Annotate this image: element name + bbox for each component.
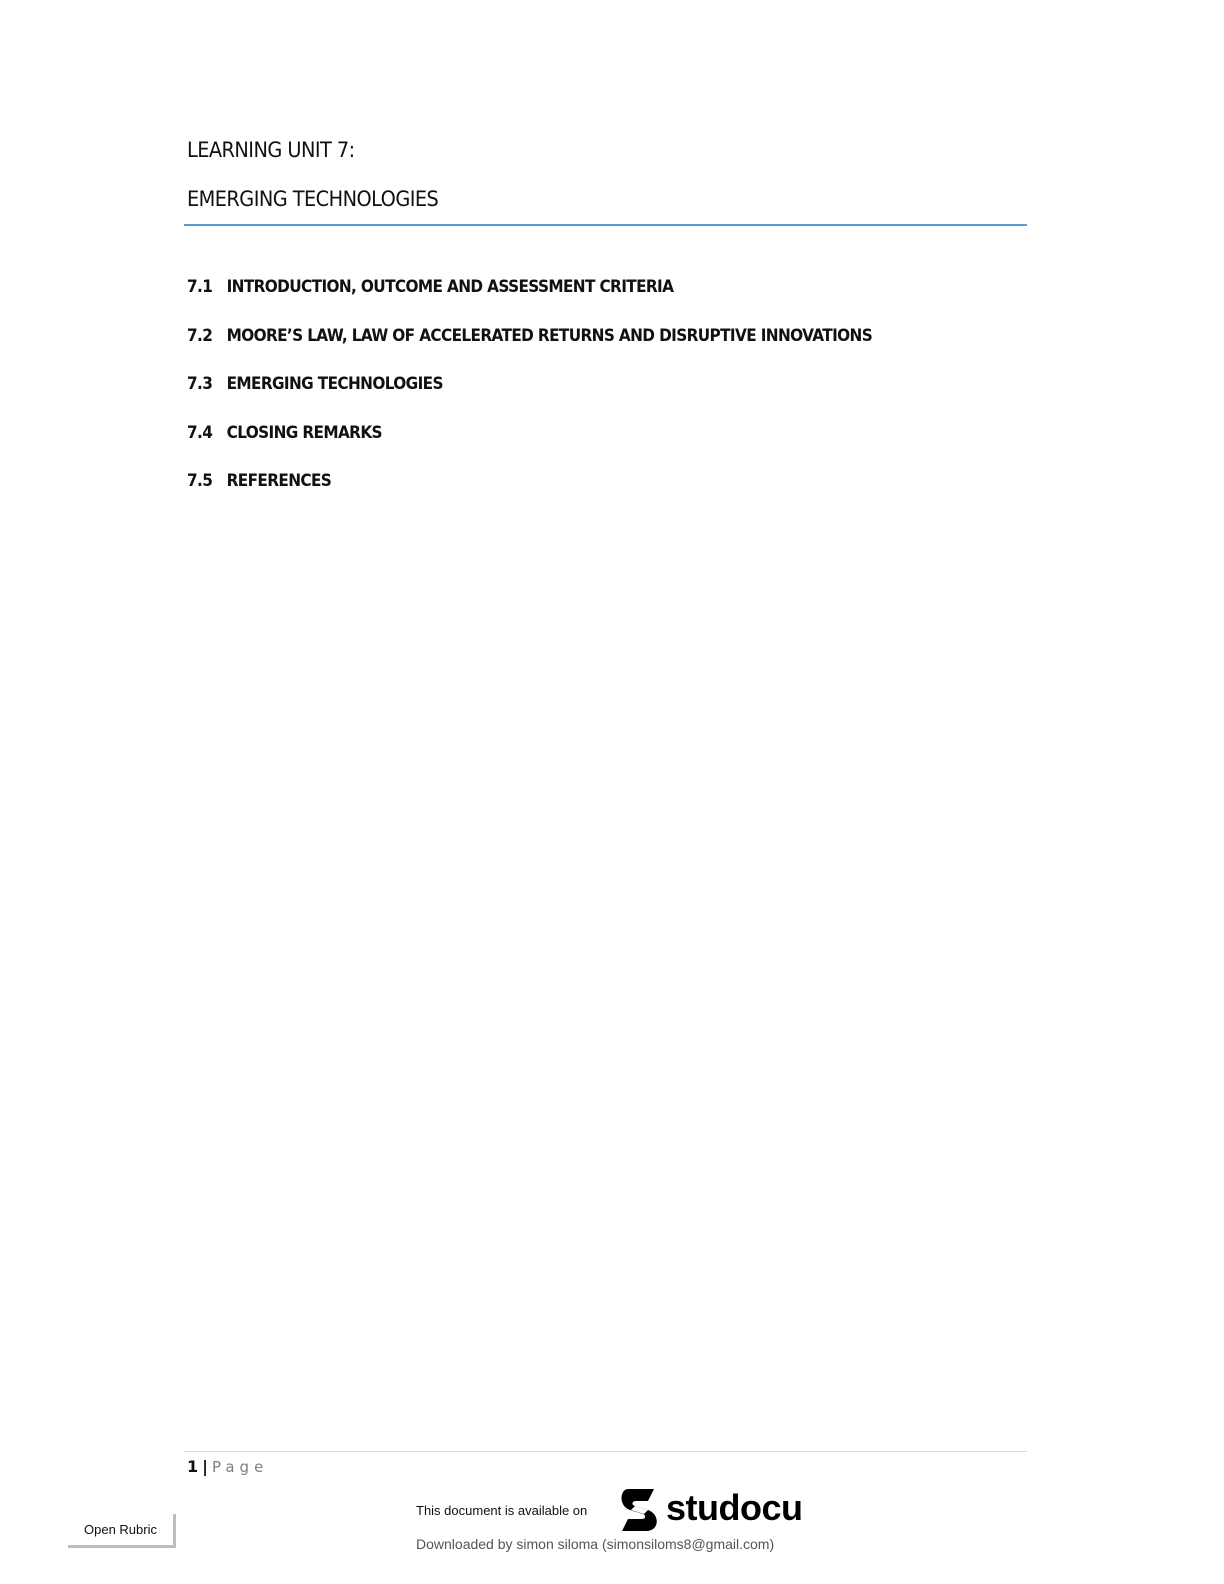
toc-item-number: 7.2	[187, 326, 227, 346]
toc-item-number: 7.4	[187, 423, 227, 443]
toc-item: 7.4 CLOSING REMARKS	[187, 423, 872, 472]
toc-item: 7.5 REFERENCES	[187, 471, 872, 520]
downloaded-by-text: Downloaded by simon siloma (simonsiloms8…	[416, 1536, 774, 1552]
toc-item: 7.1 INTRODUCTION, OUTCOME AND ASSESSMENT…	[187, 277, 872, 326]
page-separator: |	[202, 1457, 208, 1476]
available-on-text: This document is available on	[416, 1503, 587, 1518]
toc-item: 7.3 EMERGING TECHNOLOGIES	[187, 374, 872, 423]
toc-item-label: REFERENCES	[227, 471, 332, 491]
toc-item-label: MOORE’S LAW, LAW OF ACCELERATED RETURNS …	[227, 326, 873, 346]
open-rubric-button[interactable]: Open Rubric	[68, 1514, 176, 1548]
title-divider	[184, 224, 1027, 226]
page-title-line-2: EMERGING TECHNOLOGIES	[187, 187, 438, 211]
toc-item-label: INTRODUCTION, OUTCOME AND ASSESSMENT CRI…	[227, 277, 674, 297]
page-word: Page	[212, 1458, 268, 1476]
toc-item-number: 7.1	[187, 277, 227, 297]
studocu-logo-icon	[618, 1487, 662, 1533]
toc-item-label: EMERGING TECHNOLOGIES	[227, 374, 443, 394]
studocu-brand-name: studocu	[666, 1487, 803, 1529]
toc-item: 7.2 MOORE’S LAW, LAW OF ACCELERATED RETU…	[187, 326, 872, 375]
page-number: 1	[187, 1457, 198, 1476]
page-title-line-1: LEARNING UNIT 7:	[187, 138, 355, 162]
table-of-contents: 7.1 INTRODUCTION, OUTCOME AND ASSESSMENT…	[187, 277, 948, 520]
studocu-logo: studocu	[618, 1487, 803, 1533]
toc-item-number: 7.5	[187, 471, 227, 491]
page-footer: 1|Page	[187, 1457, 268, 1476]
footer-divider	[184, 1451, 1027, 1452]
toc-item-number: 7.3	[187, 374, 227, 394]
toc-item-label: CLOSING REMARKS	[227, 423, 382, 443]
